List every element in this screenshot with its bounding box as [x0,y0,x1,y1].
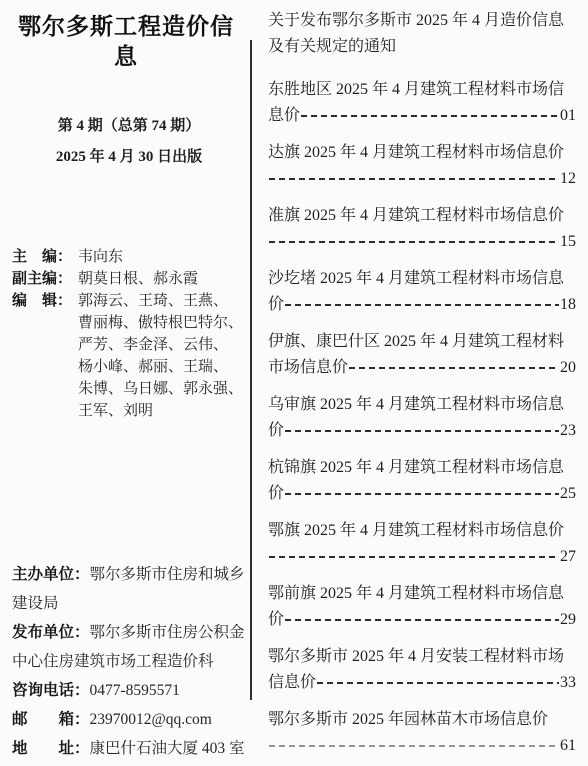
toc-entry-wushenqi: 乌审旗 2025 年 4 月建筑工程材料市场信息 价 23 [268,392,576,444]
dash-leader [349,367,559,369]
deputy-editor-row: 副主编： 朝莫日根、郝永霞 [12,268,246,290]
dash-leader [285,304,559,306]
toc-entry-title-wrap: 市场信息价 [268,355,348,381]
toc-entry-title-wrap: 价 [268,481,284,507]
org-phone-label: 咨询电话： [12,682,90,699]
dash-leader [269,241,559,243]
toc-notice-entry: 关于发布鄂尔多斯市 2025 年 4 月造价信息 及有关规定的通知 [268,8,576,60]
publish-date: 2025 年 4 月 30 日出版 [12,147,246,168]
dash-leader [301,115,559,117]
org-address-value: 康巴什石油大厦 403 室 [90,740,245,757]
editors-line: 朱博、乌日娜、郭永强、 [78,378,246,400]
toc-entry-title: 杭锦旗 2025 年 4 月建筑工程材料市场信息 [268,455,576,481]
toc-notice-line1: 关于发布鄂尔多斯市 2025 年 4 月造价信息 [268,8,576,34]
toc-page-number: 33 [560,670,576,696]
editorial-board: 主 编： 韦向东 副主编： 朝莫日根、郝永霞 编 辑： 郭海云、王琦、王燕、 曹… [12,246,246,422]
dash-leader [269,178,559,180]
toc-page-number: 20 [560,355,576,381]
toc-notice-line2: 及有关规定的通知 [268,34,576,60]
toc-page-number: 29 [560,607,576,633]
deputy-editor-names: 朝莫日根、郝永霞 [78,268,246,290]
toc-entry-leader-line: 价 18 [268,292,576,318]
issue-number: 第 4 期（总第 74 期） [12,116,246,137]
toc-entry-title-wrap: 价 [268,607,284,633]
toc-entry-leader-line: 12 [268,166,576,192]
dash-leader [285,619,559,621]
toc-entry-title: 东胜地区 2025 年 4 月建筑工程材料市场信 [268,77,576,103]
org-host-label: 主办单位： [12,566,90,583]
editors-row: 编 辑： 郭海云、王琦、王燕、 曹丽梅、傲特根巴特尔、 严芳、李金泽、云伟、 杨… [12,290,246,422]
toc-entry-title: 鄂旗 2025 年 4 月建筑工程材料市场信息价 [268,518,576,544]
toc-entry-title-wrap: 信息价 [268,670,316,696]
toc-entry-shageduo: 沙圪堵 2025 年 4 月建筑工程材料市场信息 价 18 [268,266,576,318]
chief-editor-name: 韦向东 [78,246,246,268]
toc-entry-leader-line: 信息价 33 [268,670,576,696]
toc-entry-title: 鄂前旗 2025 年 4 月建筑工程材料市场信息 [268,581,576,607]
chief-editor-row: 主 编： 韦向东 [12,246,246,268]
editors-line: 曹丽梅、傲特根巴特尔、 [78,312,246,334]
editors-line: 王军、刘明 [78,400,246,422]
toc-entry-title-wrap: 价 [268,418,284,444]
org-issuing-label: 发布单位： [12,624,90,641]
toc-entry-hangjinqi: 杭锦旗 2025 年 4 月建筑工程材料市场信息 价 25 [268,455,576,507]
toc-entry-anzhuang: 鄂尔多斯市 2025 年 4 月安装工程材料市场 信息价 33 [268,644,576,696]
org-address: 地 址：康巴什石油大厦 403 室 [12,734,252,763]
org-issuing-unit: 发布单位：鄂尔多斯市住房公积金中心住房建筑市场工程造价科 [12,618,252,676]
editors-line: 严芳、李金泽、云伟、 [78,334,246,356]
org-host-unit: 主办单位：鄂尔多斯市住房和城乡建设局 [12,560,252,618]
toc-entry-yiqi-kangbashi: 伊旗、康巴什区 2025 年 4 月建筑工程材料 市场信息价 20 [268,329,576,381]
toc-entry-leader-line: 价 29 [268,607,576,633]
toc-entry-title: 鄂尔多斯市 2025 年 4 月安装工程材料市场 [268,644,576,670]
toc-page-number: 01 [560,103,576,129]
editors-label: 编 辑： [12,290,78,422]
dash-leader [317,682,559,684]
org-email-label: 邮 箱： [12,711,90,728]
toc-page-number: 12 [560,166,576,192]
dash-leader [285,493,559,495]
editors-line: 郭海云、王琦、王燕、 [78,290,246,312]
toc-entry-leader-line: 价 25 [268,481,576,507]
toc-entry-title: 沙圪堵 2025 年 4 月建筑工程材料市场信息 [268,266,576,292]
dash-leader [285,430,559,432]
table-of-contents: 关于发布鄂尔多斯市 2025 年 4 月造价信息 及有关规定的通知 东胜地区 2… [252,0,588,766]
toc-entry-eqianqi: 鄂前旗 2025 年 4 月建筑工程材料市场信息 价 29 [268,581,576,633]
org-email-value: 23970012@qq.com [90,711,212,728]
toc-entry-title: 乌审旗 2025 年 4 月建筑工程材料市场信息 [268,392,576,418]
toc-entry-daqi: 达旗 2025 年 4 月建筑工程材料市场信息价 12 [268,140,576,192]
toc-entry-title: 伊旗、康巴什区 2025 年 4 月建筑工程材料 [268,329,576,355]
toc-entry-leader-line: 市场信息价 20 [268,355,576,381]
masthead-column: 鄂尔多斯工程造价信息 第 4 期（总第 74 期） 2025 年 4 月 30 … [0,0,250,766]
toc-entry-dongsheng: 东胜地区 2025 年 4 月建筑工程材料市场信 息价 01 [268,77,576,129]
org-phone-value: 0477-8595571 [90,682,180,699]
toc-page-number: 15 [560,229,576,255]
toc-entry-leader-line: 价 23 [268,418,576,444]
toc-entry-title: 准旗 2025 年 4 月建筑工程材料市场信息价 [268,203,576,229]
toc-page-number: 23 [560,418,576,444]
toc-entry-leader-line: 15 [268,229,576,255]
org-email: 邮 箱：23970012@qq.com [12,705,252,734]
editors-names: 郭海云、王琦、王燕、 曹丽梅、傲特根巴特尔、 严芳、李金泽、云伟、 杨小峰、郝丽… [78,290,246,422]
toc-entry-title-wrap: 价 [268,292,284,318]
chief-editor-label: 主 编： [12,246,78,268]
toc-page-number: 27 [560,544,576,570]
toc-page-number: 61 [560,733,576,759]
toc-entry-title-wrap: 息价 [268,103,300,129]
toc-entry-yuanlin: 鄂尔多斯市 2025 年园林苗木市场信息价 61 [268,707,576,759]
journal-cover-page: 鄂尔多斯工程造价信息 第 4 期（总第 74 期） 2025 年 4 月 30 … [0,0,588,766]
toc-entry-title: 达旗 2025 年 4 月建筑工程材料市场信息价 [268,140,576,166]
org-phone: 咨询电话：0477-8595571 [12,676,252,705]
dash-leader [269,745,559,747]
publisher-info: 主办单位：鄂尔多斯市住房和城乡建设局 发布单位：鄂尔多斯市住房公积金中心住房建筑… [12,560,252,763]
deputy-editor-label: 副主编： [12,268,78,290]
dash-leader [269,556,559,558]
toc-entry-title: 鄂尔多斯市 2025 年园林苗木市场信息价 [268,707,576,733]
toc-page-number: 25 [560,481,576,507]
org-address-label: 地 址： [12,740,90,757]
toc-entry-zhunqi: 准旗 2025 年 4 月建筑工程材料市场信息价 15 [268,203,576,255]
publication-title: 鄂尔多斯工程造价信息 [12,12,240,72]
editors-line: 杨小峰、郝丽、王瑞、 [78,356,246,378]
toc-entry-leader-line: 27 [268,544,576,570]
toc-page-number: 18 [560,292,576,318]
toc-entry-leader-line: 61 [268,733,576,759]
toc-entry-eqi: 鄂旗 2025 年 4 月建筑工程材料市场信息价 27 [268,518,576,570]
toc-entry-leader-line: 息价 01 [268,103,576,129]
